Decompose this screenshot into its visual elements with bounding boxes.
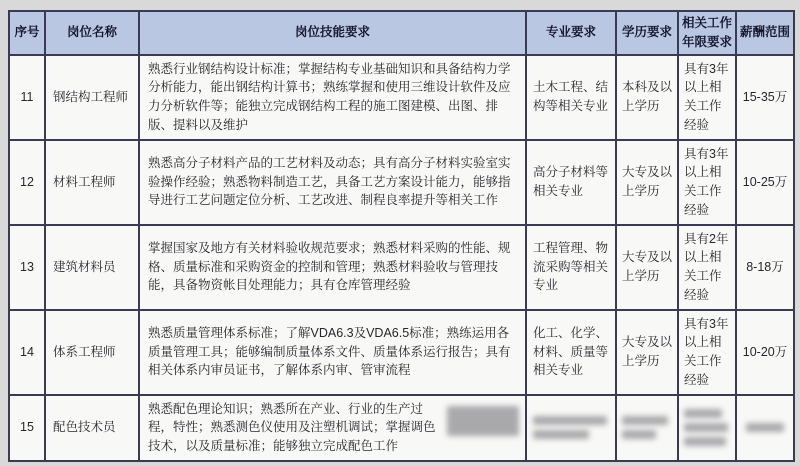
redacted-blur-block [447, 406, 519, 436]
redacted-blur-block [746, 423, 784, 432]
skill-requirements-text: 熟悉配色理论知识；熟悉所在产业、行业的生产过程，特性；熟悉测色仪使用及注塑机调试… [148, 402, 436, 454]
header-skill-requirements: 岗位技能要求 [139, 11, 526, 55]
skill-requirements-cell: 掌握国家及地方有关材料验收规范要求；熟悉材料采购的性能、规格、质量标准和采购资金… [139, 225, 526, 310]
serial-number-cell: 13 [9, 225, 45, 310]
table-row: 14 体系工程师 熟悉质量管理体系标准；了解VDA6.3及VDA6.5标准；熟练… [9, 310, 794, 395]
serial-number-cell: 12 [9, 140, 45, 225]
major-requirements-cell: 化工、化学、材料、质量等相关专业 [526, 310, 616, 395]
major-requirements-cell: 工程管理、物流采购等相关专业 [526, 225, 616, 310]
header-education-requirements: 学历要求 [616, 11, 678, 55]
salary-range-cell: 15-35万 [736, 55, 794, 140]
serial-number-cell: 14 [9, 310, 45, 395]
position-name-cell: 材料工程师 [45, 140, 139, 225]
major-requirements-cell: 高分子材料等相关专业 [526, 140, 616, 225]
table-row: 12 材料工程师 熟悉高分子材料产品的工艺材料及动态；具有高分子材料实验室实验操… [9, 140, 794, 225]
table-row: 13 建筑材料员 掌握国家及地方有关材料验收规范要求；熟悉材料采购的性能、规格、… [9, 225, 794, 310]
serial-number-cell: 15 [9, 395, 45, 461]
skill-requirements-cell: 熟悉行业钢结构设计标准；掌握结构专业基础知识和具备结构力学分析能力，能出钢结构计… [139, 55, 526, 140]
header-row: 序号 岗位名称 岗位技能要求 专业要求 学历要求 相关工作年限要求 薪酬范围 [9, 11, 794, 55]
position-name-cell: 配色技术员 [45, 395, 139, 461]
redacted-blur-block [684, 437, 726, 446]
header-position-name: 岗位名称 [45, 11, 139, 55]
job-positions-table-wrap: 序号 岗位名称 岗位技能要求 专业要求 学历要求 相关工作年限要求 薪酬范围 1… [8, 10, 795, 462]
redacted-blur-block [684, 409, 722, 418]
redacted-blur-block [684, 423, 728, 432]
table-row: 11 钢结构工程师 熟悉行业钢结构设计标准；掌握结构专业基础知识和具备结构力学分… [9, 55, 794, 140]
header-major-requirements: 专业要求 [526, 11, 616, 55]
position-name-cell: 体系工程师 [45, 310, 139, 395]
skill-requirements-cell: 熟悉配色理论知识；熟悉所在产业、行业的生产过程，特性；熟悉测色仪使用及注塑机调试… [139, 395, 526, 461]
redacted-blur-block [533, 430, 589, 439]
header-serial-number: 序号 [9, 11, 45, 55]
salary-range-cell-redacted [736, 395, 794, 461]
experience-requirements-cell: 具有3年以上相关工作经验 [678, 140, 736, 225]
header-experience-requirements: 相关工作年限要求 [678, 11, 736, 55]
redacted-blur-block [622, 430, 656, 439]
salary-range-cell: 8-18万 [736, 225, 794, 310]
salary-range-cell: 10-25万 [736, 140, 794, 225]
redacted-blur-block [533, 416, 607, 425]
experience-requirements-cell: 具有3年以上相关工作经验 [678, 310, 736, 395]
education-requirements-cell: 本科及以上学历 [616, 55, 678, 140]
redacted-blur-block [622, 416, 668, 425]
position-name-cell: 建筑材料员 [45, 225, 139, 310]
major-requirements-cell: 土木工程、结构等相关专业 [526, 55, 616, 140]
major-requirements-cell-redacted [526, 395, 616, 461]
skill-requirements-cell: 熟悉质量管理体系标准；了解VDA6.3及VDA6.5标准；熟练运用各质量管理工具… [139, 310, 526, 395]
experience-requirements-cell-redacted [678, 395, 736, 461]
position-name-cell: 钢结构工程师 [45, 55, 139, 140]
experience-requirements-cell: 具有2年以上相关工作经验 [678, 225, 736, 310]
experience-requirements-cell: 具有3年以上相关工作经验 [678, 55, 736, 140]
header-salary-range: 薪酬范围 [736, 11, 794, 55]
job-positions-table: 序号 岗位名称 岗位技能要求 专业要求 学历要求 相关工作年限要求 薪酬范围 1… [8, 10, 795, 462]
education-requirements-cell: 大专及以上学历 [616, 225, 678, 310]
education-requirements-cell-redacted [616, 395, 678, 461]
education-requirements-cell: 大专及以上学历 [616, 140, 678, 225]
table-row: 15 配色技术员 熟悉配色理论知识；熟悉所在产业、行业的生产过程，特性；熟悉测色… [9, 395, 794, 461]
salary-range-cell: 10-20万 [736, 310, 794, 395]
education-requirements-cell: 大专及以上学历 [616, 310, 678, 395]
skill-requirements-cell: 熟悉高分子材料产品的工艺材料及动态；具有高分子材料实验室实验操作经验；熟悉物料制… [139, 140, 526, 225]
serial-number-cell: 11 [9, 55, 45, 140]
